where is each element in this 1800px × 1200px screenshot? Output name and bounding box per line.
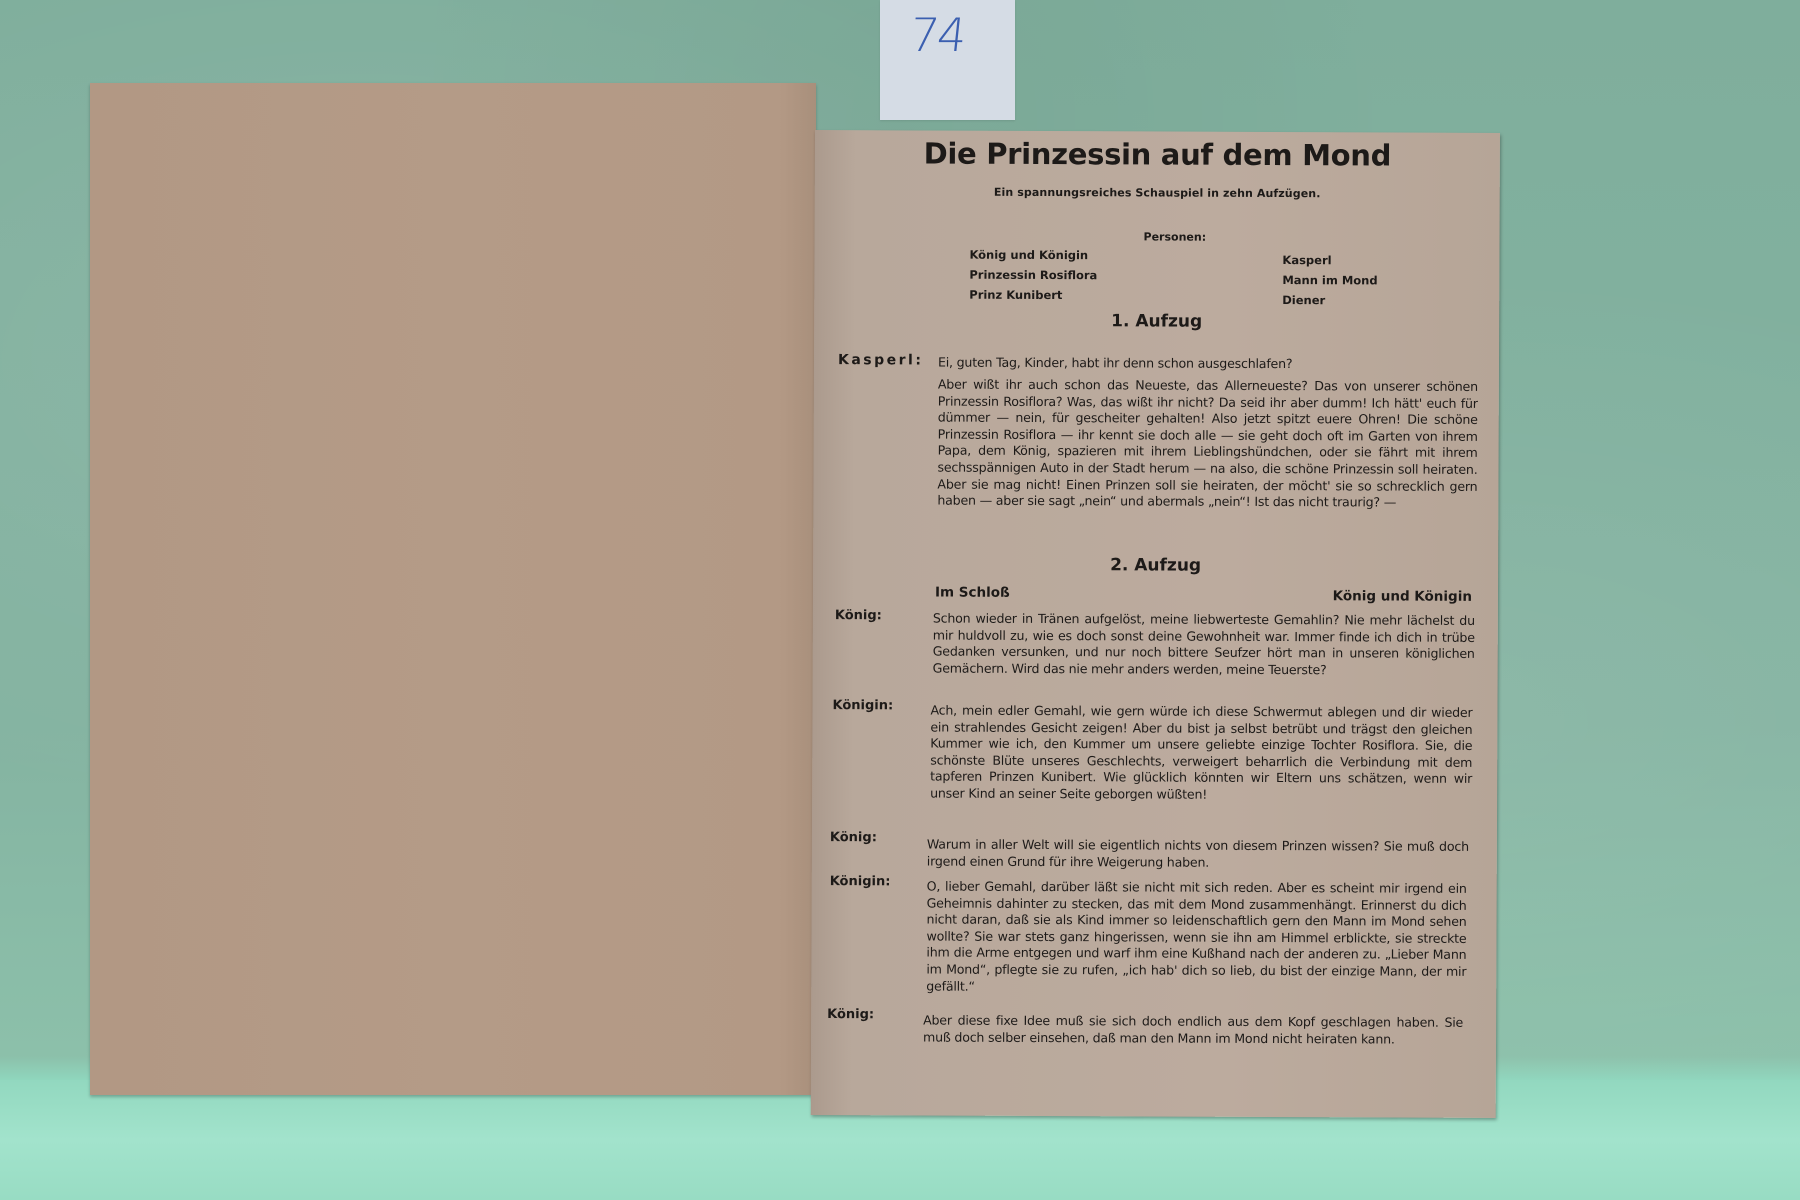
scene-location: Im Schloß [935,585,1010,601]
scene-characters: König und Königin [1333,588,1472,605]
speaker-label: König: [830,830,877,845]
speech-paragraph: Schon wieder in Tränen aufgelöst, meine … [933,611,1475,680]
cast-member: Prinz Kunibert [969,285,1097,306]
booklet-right-page: Die Prinzessin auf dem Mond Ein spannung… [811,130,1500,1118]
cast-member: Diener [1282,290,1377,310]
speaker-label: König: [835,608,882,623]
cast-member: Kasperl [1282,250,1377,270]
act-2-heading: 2. Aufzug [813,554,1498,577]
speaker-label: Kasperl: [838,352,924,368]
booklet-left-page-blank [90,83,816,1095]
cast-member: König und Königin [969,245,1097,266]
cast-heading: Personen: [1144,230,1207,243]
speech-paragraph: Warum in aller Welt will sie eigentlich … [927,836,1469,872]
speaker-label: König: [827,1007,874,1022]
sticky-note: 74 [880,0,1015,120]
cast-list-right: Kasperl Mann im Mond Diener [1282,250,1378,310]
speech-paragraph: Aber diese fixe Idee muß sie sich doch e… [923,1012,1463,1048]
play-title: Die Prinzessin auf dem Mond [815,136,1500,173]
speech-paragraph: Ach, mein edler Gemahl, wie gern würde i… [930,703,1472,805]
speech-line: Ei, guten Tag, Kinder, habt ihr denn sch… [938,355,1478,374]
cast-member: Prinzessin Rosiflora [969,265,1097,286]
speaker-label: Königin: [832,698,893,713]
cast-list-left: König und Königin Prinzessin Rosiflora P… [969,245,1097,306]
play-subtitle: Ein spannungsreiches Schauspiel in zehn … [815,185,1500,201]
speaker-label: Königin: [830,874,891,889]
handwritten-number: 74 [907,8,967,62]
act-1-heading: 1. Aufzug [814,310,1499,333]
cast-member: Mann im Mond [1282,270,1377,290]
speech-paragraph: Aber wißt ihr auch schon das Neueste, da… [937,377,1478,512]
speech-paragraph: O, lieber Gemahl, darüber läßt sie nicht… [926,878,1467,997]
